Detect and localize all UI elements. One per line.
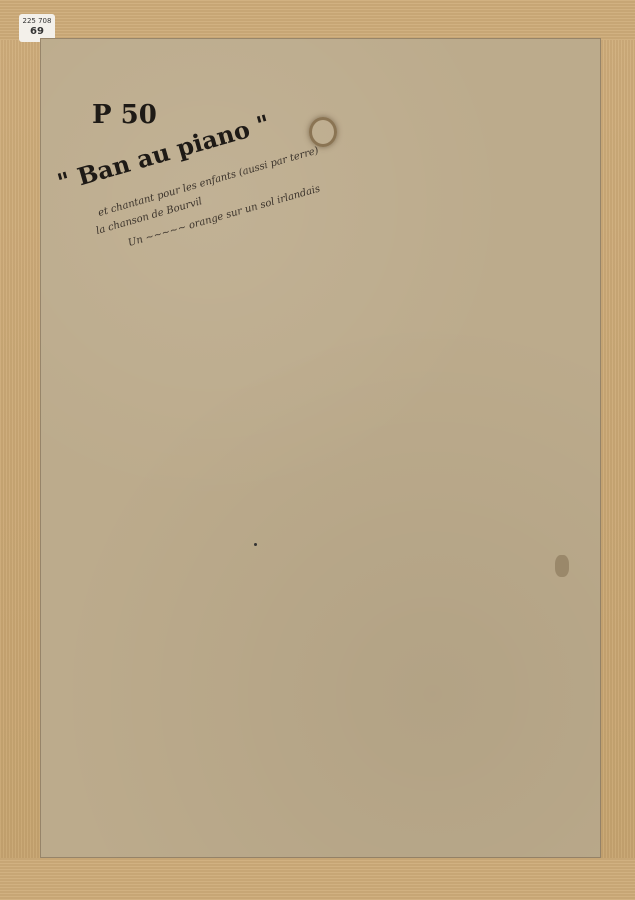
hanging-ring-icon (309, 117, 337, 147)
frame-bottom-rail (0, 858, 635, 900)
board-stain (555, 555, 569, 577)
board-mark (254, 543, 257, 546)
format-inscription: P 50 (92, 100, 157, 130)
label-line-2: 69 (19, 26, 55, 38)
label-line-1: 225 708 (19, 16, 55, 26)
frame-top-rail (0, 0, 635, 40)
